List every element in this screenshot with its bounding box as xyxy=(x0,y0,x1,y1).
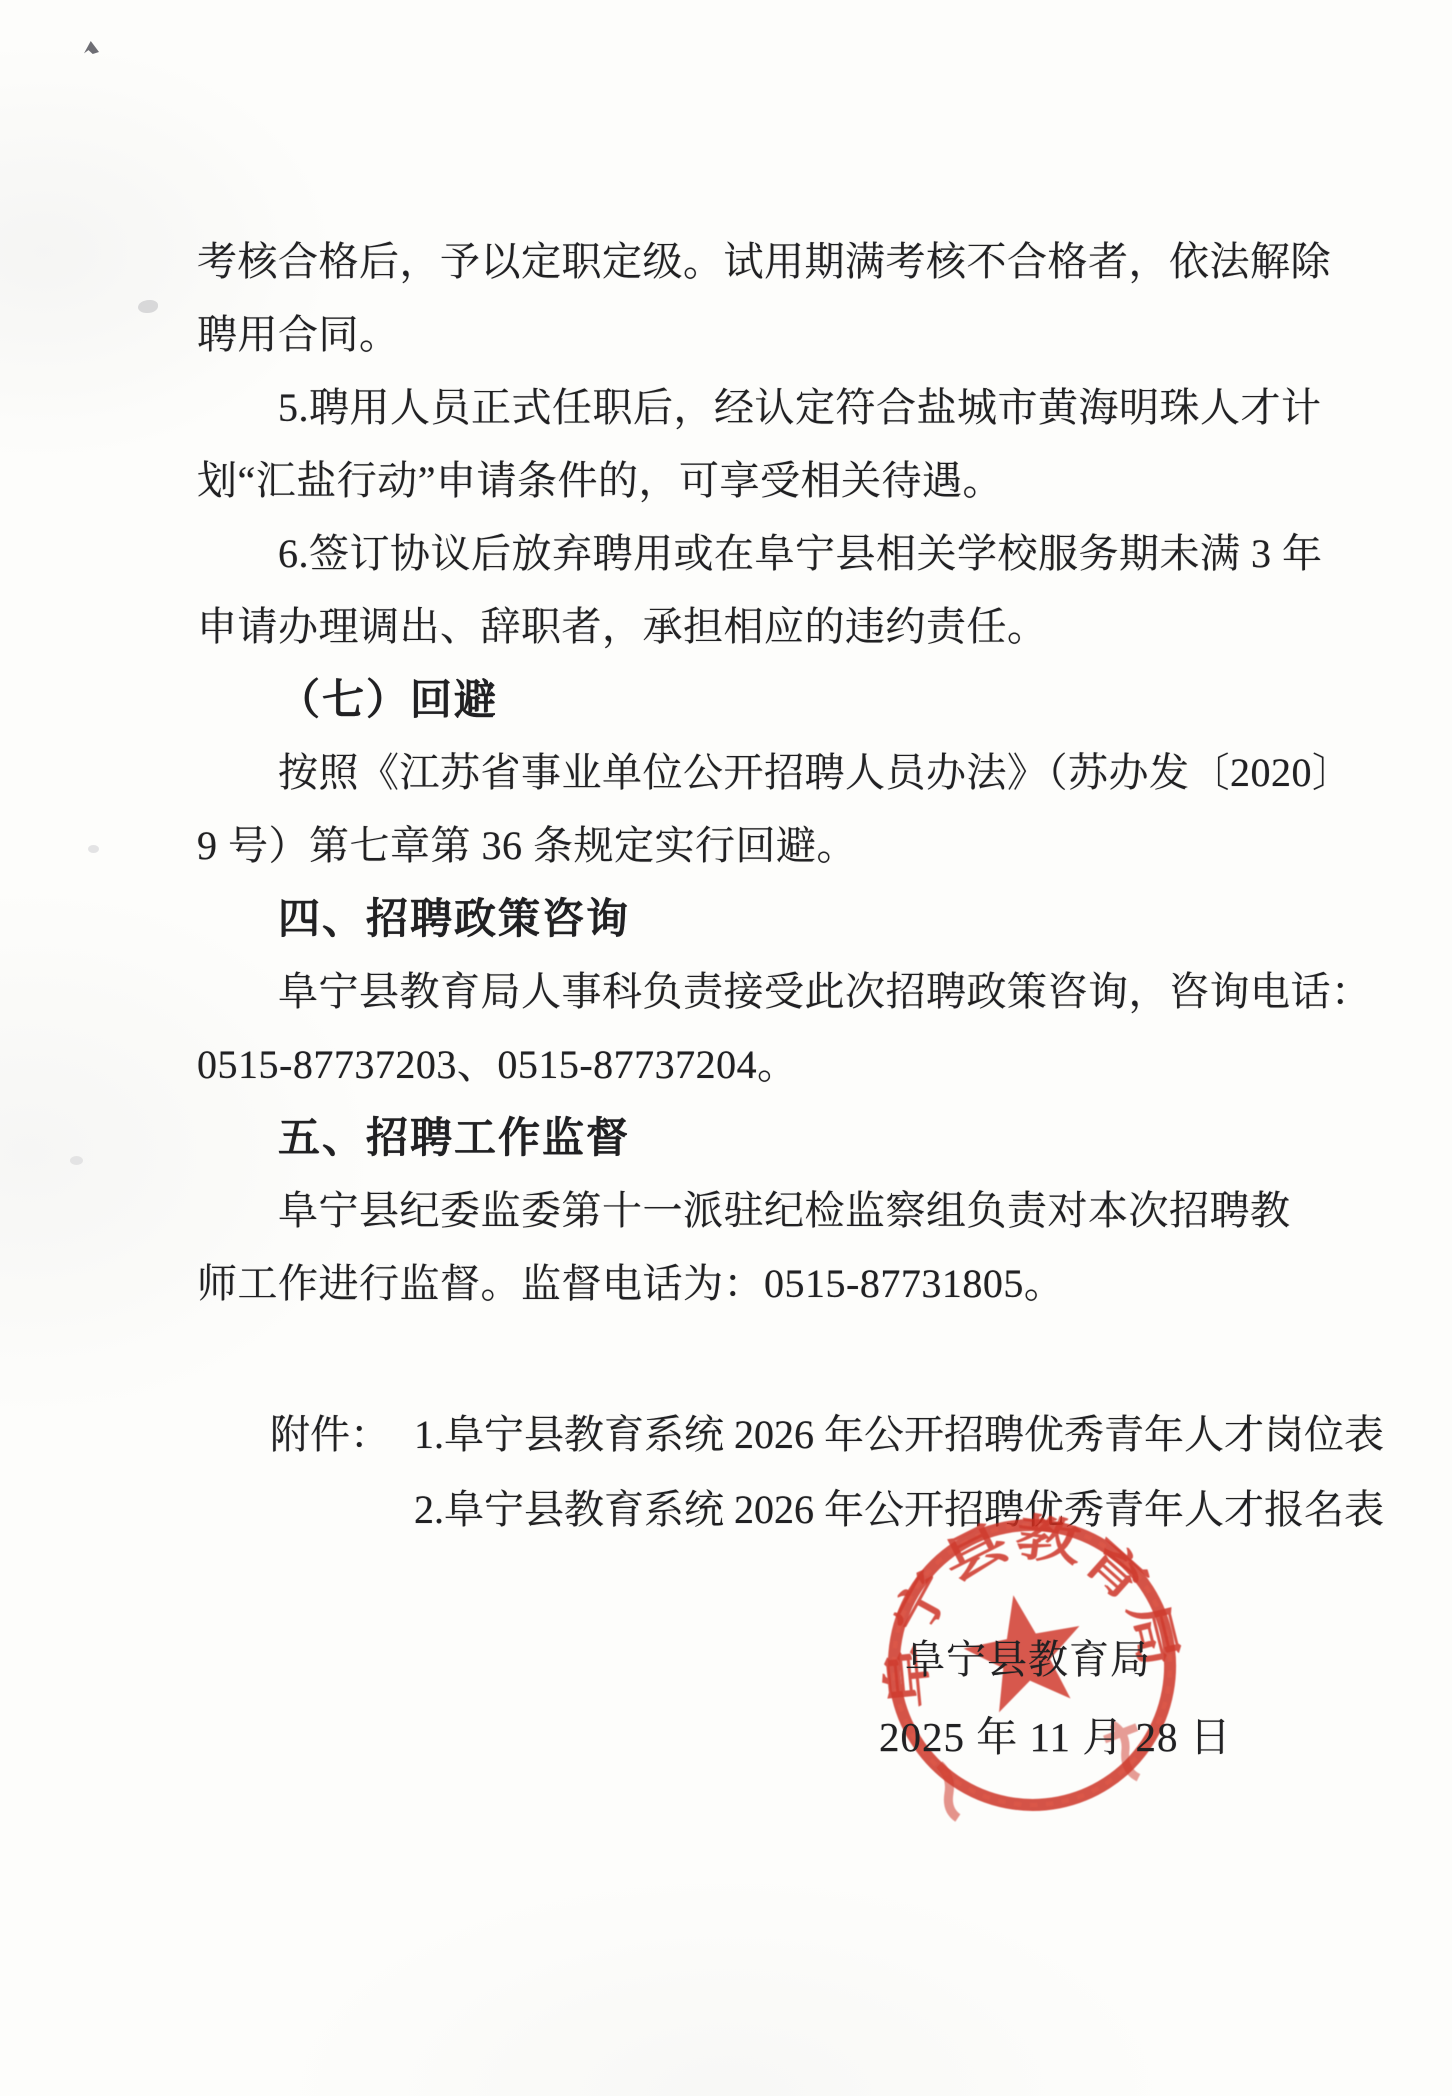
body-line: 0515-87737203、0515-87737204。 xyxy=(197,1028,1392,1101)
scan-speck xyxy=(88,845,99,853)
body-line: 阜宁县纪委监委第十一派驻纪检监察组负责对本次招聘教 xyxy=(197,1174,1392,1247)
document-body: 考核合格后，予以定职定级。试用期满考核不合格者，依法解除 聘用合同。 5.聘用人… xyxy=(197,225,1392,1320)
svg-text:阜宁县教育局: 阜宁县教育局 xyxy=(867,1500,1189,1721)
attachments-block: 附件： 1.阜宁县教育系统 2026 年公开招聘优秀青年人才岗位表 2.阜宁县教… xyxy=(270,1397,1384,1547)
scan-speck xyxy=(84,41,99,54)
signature-date: 2025 年 11 月 28 日 xyxy=(879,1712,1232,1762)
seal-mark xyxy=(939,1763,958,1819)
seal-arc-text: 阜宁县教育局 xyxy=(867,1500,1189,1721)
scan-speck xyxy=(70,1156,83,1165)
section-heading: 五、招聘工作监督 xyxy=(197,1101,1392,1174)
section-heading: 四、招聘政策咨询 xyxy=(197,882,1392,955)
body-line: 划“汇盐行动”申请条件的，可享受相关待遇。 xyxy=(197,444,1392,517)
body-line: 考核合格后，予以定职定级。试用期满考核不合格者，依法解除 xyxy=(197,225,1392,298)
body-line: 5.聘用人员正式任职后，经认定符合盐城市黄海明珠人才计 xyxy=(197,371,1392,444)
signature-organization: 阜宁县教育局 xyxy=(905,1636,1151,1684)
attachment-item: 1.阜宁县教育系统 2026 年公开招聘优秀青年人才岗位表 xyxy=(414,1397,1384,1472)
body-line: 9 号）第七章第 36 条规定实行回避。 xyxy=(197,809,1392,882)
scan-speck xyxy=(138,300,158,313)
section-heading: （七）回避 xyxy=(197,663,1392,736)
scanned-document-page: 考核合格后，予以定职定级。试用期满考核不合格者，依法解除 聘用合同。 5.聘用人… xyxy=(0,0,1452,2096)
body-line: 申请办理调出、辞职者，承担相应的违约责任。 xyxy=(197,590,1392,663)
body-line: 阜宁县教育局人事科负责接受此次招聘政策咨询，咨询电话： xyxy=(197,955,1392,1028)
body-line: 师工作进行监督。监督电话为：0515-87731805。 xyxy=(197,1247,1392,1320)
body-line: 按照《江苏省事业单位公开招聘人员办法》（苏办发〔2020〕 xyxy=(197,736,1392,809)
body-line: 6.签订协议后放弃聘用或在阜宁县相关学校服务期未满 3 年 xyxy=(197,517,1392,590)
body-line: 聘用合同。 xyxy=(197,298,1392,371)
attachments-label: 附件： xyxy=(270,1397,414,1472)
